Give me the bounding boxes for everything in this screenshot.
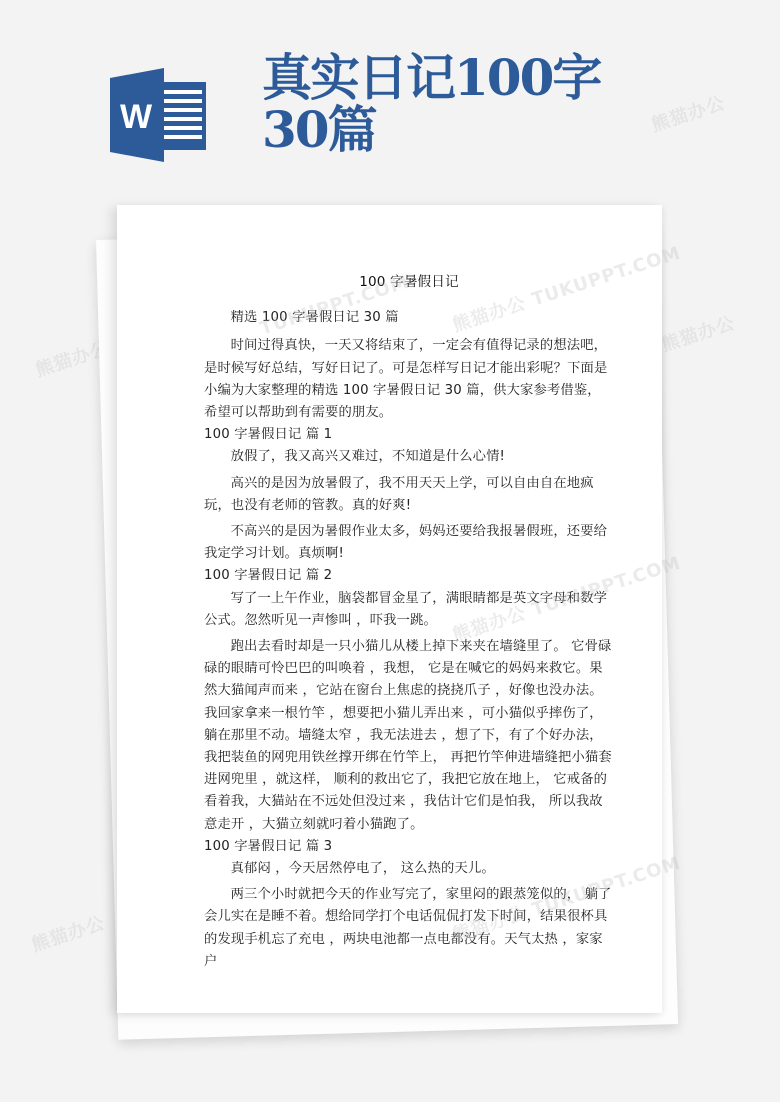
cover-title-line-1: 真实日记100字 xyxy=(262,52,600,104)
section-paragraph: 写了一上午作业，脑袋都冒金星了，满眼睛都是英文字母和数学公式。忽然听见一声惨叫 … xyxy=(204,588,614,632)
watermark: 熊猫办公 xyxy=(648,89,728,137)
word-document-icon: W xyxy=(108,68,210,162)
watermark: 熊猫办公 xyxy=(28,909,108,957)
section-paragraph: 不高兴的是因为暑假作业太多，妈妈还要给我报暑假班，还要给我定学习计划。真烦啊! xyxy=(204,521,614,565)
section-heading: 100 字暑假日记 篇 2 xyxy=(204,565,614,587)
section-paragraph: 跑出去看时却是一只小猫儿从楼上掉下来夹在墙缝里了。 它骨碌碌的眼睛可怜巴巴的叫唤… xyxy=(204,636,614,836)
document-subtitle: 精选 100 字暑假日记 30 篇 xyxy=(204,307,614,329)
watermark: 熊猫办公 xyxy=(658,309,738,357)
section-heading: 100 字暑假日记 篇 1 xyxy=(204,424,614,446)
section-paragraph: 放假了，我又高兴又难过，不知道是什么心情! xyxy=(204,446,614,468)
document-body: 100 字暑假日记 精选 100 字暑假日记 30 篇 时间过得真快，一天又将结… xyxy=(204,271,614,973)
section-paragraph: 高兴的是因为放暑假了，我不用天天上学，可以自由自在地疯玩，也没有老师的管教。真的… xyxy=(204,473,614,517)
cover-title-line-2: 30篇 xyxy=(262,104,600,156)
section-paragraph: 两三个小时就把今天的作业写完了，家里闷的跟蒸笼似的， 躺了会儿实在是睡不着。想给… xyxy=(204,884,614,973)
cover-title: 真实日记100字 30篇 xyxy=(262,52,600,156)
section-heading: 100 字暑假日记 篇 3 xyxy=(204,836,614,858)
section-paragraph: 真郁闷 ，今天居然停电了， 这么热的天儿。 xyxy=(204,858,614,880)
svg-text:W: W xyxy=(120,98,153,136)
document-page: 100 字暑假日记 精选 100 字暑假日记 30 篇 时间过得真快，一天又将结… xyxy=(117,205,662,1013)
document-intro: 时间过得真快，一天又将结束了，一定会有值得记录的想法吧，是时候写好总结，写好日记… xyxy=(204,335,614,424)
document-title: 100 字暑假日记 xyxy=(204,271,614,293)
